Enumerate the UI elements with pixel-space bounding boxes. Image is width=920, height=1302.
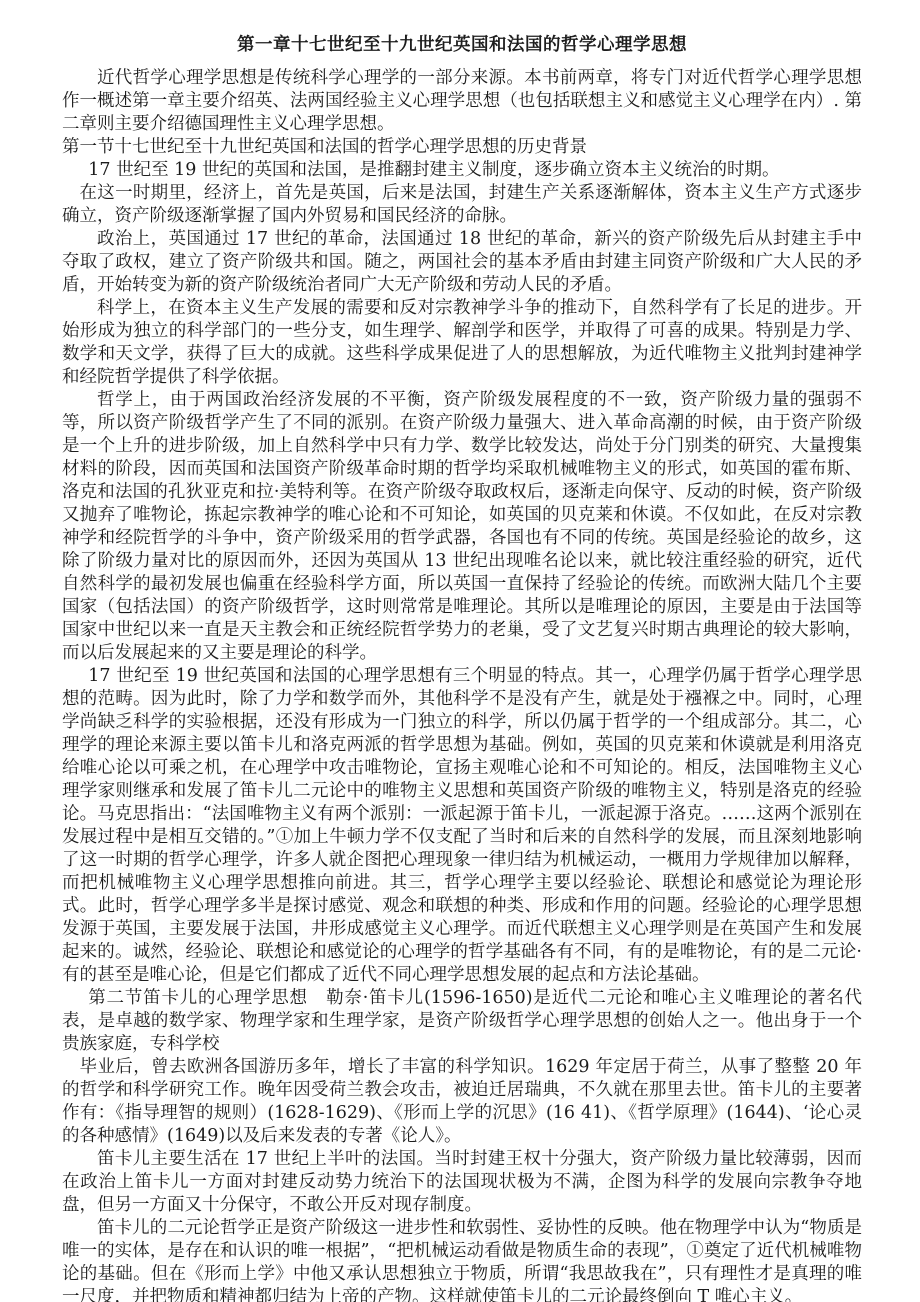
document-title: 第一章十七世纪至十九世纪英国和法国的哲学心理学思想 — [62, 34, 862, 57]
document-page: 第一章十七世纪至十九世纪英国和法国的哲学心理学思想 近代哲学心理学思想是传统科学… — [0, 0, 920, 1302]
paragraph: 科学上，在资本主义生产发展的需要和反对宗教神学斗争的推动下，自然科学有了长足的进… — [62, 297, 862, 389]
paragraph: 毕业后，曾去欧洲各国游历多年，增长了丰富的科学知识。1629 年定居于荷兰，从事… — [62, 1056, 862, 1148]
paragraph: 第二节笛卡儿的心理学思想 勒奈·笛卡儿(1596-1650)是近代二元论和唯心主… — [62, 987, 862, 1056]
document-body: 近代哲学心理学思想是传统科学心理学的一部分来源。本书前两章，将专门对近代哲学心理… — [62, 67, 862, 1302]
paragraph: 在这一时期里，经济上，首先是英国，后来是法国，封建生产关系逐渐解体，资本主义生产… — [62, 182, 862, 228]
paragraph: 17 世纪至 19 世纪英国和法国的心理学思想有三个明显的特点。其一，心理学仍属… — [62, 665, 862, 987]
section-heading: 第一节十七世纪至十九世纪英国和法国的哲学心理学思想的历史背景 — [62, 136, 862, 159]
paragraph: 笛卡儿主要生活在 17 世纪上半叶的法国。当时封建王权十分强大，资产阶级力量比较… — [62, 1148, 862, 1217]
paragraph: 政治上，英国通过 17 世纪的革命，法国通过 18 世纪的革命，新兴的资产阶级先… — [62, 228, 862, 297]
paragraph: 近代哲学心理学思想是传统科学心理学的一部分来源。本书前两章，将专门对近代哲学心理… — [62, 67, 862, 136]
paragraph: 哲学上，由于两国政治经济发展的不平衡，资产阶级发展程度的不一致，资产阶级力量的强… — [62, 389, 862, 665]
paragraph: 17 世纪至 19 世纪的英国和法国，是推翻封建主义制度，逐步确立资本主义统治的… — [62, 159, 862, 182]
paragraph: 笛卡儿的二元论哲学正是资产阶级这一进步性和软弱性、妥协性的反映。他在物理学中认为… — [62, 1217, 862, 1302]
